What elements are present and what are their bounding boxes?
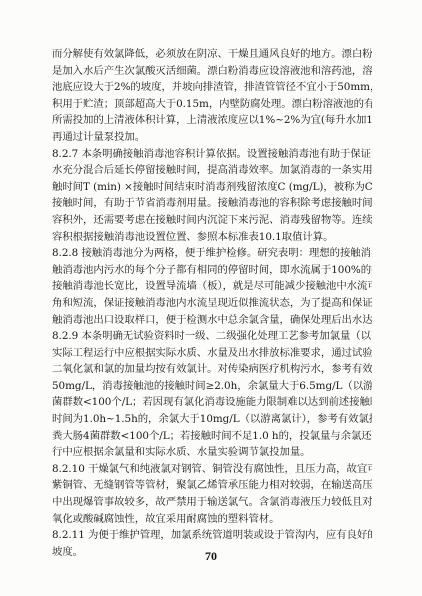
text-line: 粪大肠4菌群数<100个/L；若接触时间不足1.0 h的，投氯量与余氯还需适当加… xyxy=(52,428,372,445)
text-line: 接触时间，有助于节省消毒剂用量。接触消毒池的容积除考虑接触时间内的污水部分 xyxy=(52,195,372,212)
clause-8-2-10: 8.2.10 干燥氯气和纯液氯对钢管、铜管没有腐蚀性，且压力高，故宜可采用耐高压… xyxy=(52,461,372,478)
text-line: 50mg/L，消毒接触池的接触时间≥2.0h，余氯量大于6.5mg/L（以游离氯… xyxy=(52,378,372,395)
text-line: 容积外，还需要考虑在接触时间内沉淀下来污泥、消毒残留物等。连续消毒污泥部分 xyxy=(52,212,372,229)
text-line: 中出现爆管事故较多，故严禁用于输送氯气。含氯消毒液压力较低且对金属具有较强 xyxy=(52,494,372,511)
text-line: 池底应设大于2%的坡度，并坡向排渣管，排渣管管径不宜小于50mm，池底应设15%… xyxy=(52,79,372,96)
text-line: 是加入水后产生次氯酸灭活细菌。漂白粉消毒应设溶液池和溶药池，溶液池宜设2个， xyxy=(52,63,372,80)
clause-8-2-7: 8.2.7 本条明确接触消毒池容积计算依据。设置接触消毒池有助于保证含氯消毒剂与 xyxy=(52,146,372,163)
text-line: 行中应根据余氯量和实际水质、水量实验调节氯投加量。 xyxy=(52,444,372,461)
clause-8-2-11: 8.2.11 为便于维护管理，加氯系统管道明装或设于管沟内，应有良好的支撑和足够… xyxy=(52,527,372,544)
clause-8-2-9: 8.2.9 本条明确无试验资料时一级、二级强化处理工艺参考加氯量（以有效氯计）。 xyxy=(52,328,372,345)
clause-8-2-8: 8.2.8 接触消毒池分为两格，便于维护检修。研究表明：理想的接触消毒池是能使接 xyxy=(52,245,372,262)
text-line: 接触消毒池长宽比，设置导流墙（板），就是尽可能减少接触池中水流可能发生的死 xyxy=(52,278,372,295)
body-text: 而分解使有效氯降低，必须放在阴凉、干燥且通风良好的地方。漂白粉消毒原理主要 是加… xyxy=(52,46,372,560)
text-line: 触时间T (min) ×接触时间结束时消毒剂残留浓度C (mg/L)，被称为CT… xyxy=(52,179,372,196)
page-number: 70 xyxy=(0,549,422,564)
text-line: 积用于贮渣；顶部超高大于0.15m，内壁防腐处理。漂白粉溶液池的有效容积宜按一天 xyxy=(52,96,372,113)
text-line: 紫铜管、无缝钢管等管材，聚氯乙烯管承压能力相对较弱，在输送高压流体工程实践 xyxy=(52,477,372,494)
text-line: 再通过计量泵投加。 xyxy=(52,129,372,146)
text-line: 所需投加的上清液体积计算，上清液浓度应以1%~2%为宜(每升水加10g~20g漂… xyxy=(52,112,372,129)
text-line: 时间为1.0h~1.5h的，余氯大于10mg/L（以游离氯计），参考有效氯投加量… xyxy=(52,411,372,428)
text-line: 二氧化氯和氯的加量均按有效氯计。对传染病医疗机构污水，参考有效氯投加量为 xyxy=(52,361,372,378)
text-line: 菌群数<100个/L；若因现有氯化消毒设施能力限制难以达到前述接触时间要求，接触 xyxy=(52,394,372,411)
text-line: 实际工程运行中应根据实际水质、水量及出水排放标准要求，通过试验确定加氯量。 xyxy=(52,345,372,362)
document-page: 而分解使有效氯降低，必须放在阴凉、干燥且通风良好的地方。漂白粉消毒原理主要 是加… xyxy=(0,0,422,596)
text-line: 触消毒池内污水的每个分子都有相同的停留时间，即水流属于100%的推流状态，规定 xyxy=(52,262,372,279)
text-line: 氧化或酸碱腐蚀性，故宜采用耐腐蚀的塑料管材。 xyxy=(52,511,372,528)
text-line: 而分解使有效氯降低，必须放在阴凉、干燥且通风良好的地方。漂白粉消毒原理主要 xyxy=(52,46,372,63)
text-line: 触消毒池出口设取样口，便于检测水中总余氯含量，确保处理后出水达标排放。 xyxy=(52,312,372,329)
text-line: 水充分混合后延长停留接触时间，提高消毒效率。加氯消毒的一条实用设计准则为接 xyxy=(52,162,372,179)
text-line: 容积根据接触消毒池设置位置、参照本标准表10.1取值计算。 xyxy=(52,229,372,246)
text-line: 角和短流，保证接触消毒池内水流呈现近似推流状态，为了提高和保证消毒效果。接 xyxy=(52,295,372,312)
